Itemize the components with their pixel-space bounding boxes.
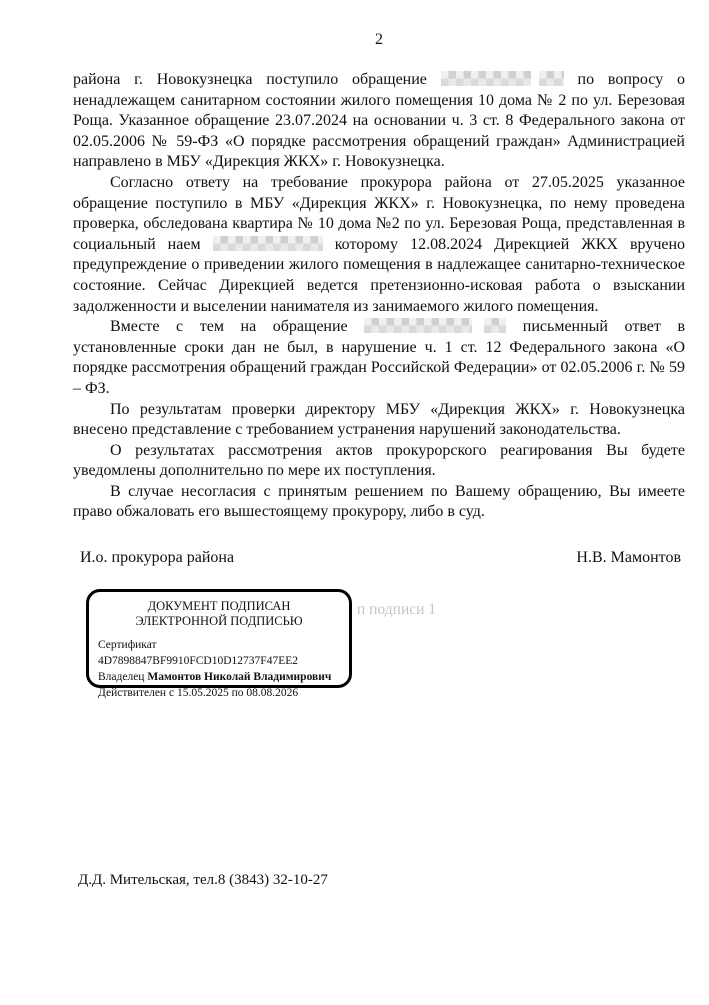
document-page: 2 района г. Новокузнецка поступило обращ… <box>0 0 709 1005</box>
paragraph-6: В случае несогласия с принятым решением … <box>73 482 685 523</box>
paragraph-5: О результатах рассмотрения актов прокуро… <box>73 441 685 482</box>
signature-row: И.о. прокурора района Н.В. Мамонтов <box>80 549 681 567</box>
stamp-title-line1: ДОКУМЕНТ ПОДПИСАН <box>89 599 349 614</box>
paragraph-3-text-before: Вместе с тем на обращение <box>110 318 348 335</box>
stamp-owner-name: Мамонтов Николай Владимирович <box>147 671 331 683</box>
paragraph-2: Согласно ответу на требование прокурора … <box>73 173 685 317</box>
redaction-block <box>441 71 531 86</box>
electronic-signature-stamp: ДОКУМЕНТ ПОДПИСАН ЭЛЕКТРОННОЙ ПОДПИСЬЮ С… <box>86 589 352 688</box>
stamp-details: Сертификат 4D7898847BF9910FCD10D12737F47… <box>89 637 349 701</box>
signature-field-watermark: п подписи 1 <box>357 601 436 619</box>
paragraph-3: Вместе с тем на обращение письменный отв… <box>73 317 685 399</box>
stamp-certificate: Сертификат 4D7898847BF9910FCD10D12737F47… <box>98 637 349 669</box>
executor-contact: Д.Д. Мительская, тел.8 (3843) 32-10-27 <box>78 872 328 889</box>
stamp-validity: Действителен с 15.05.2025 по 08.08.2026 <box>98 685 349 701</box>
stamp-title-line2: ЭЛЕКТРОННОЙ ПОДПИСЬЮ <box>89 614 349 629</box>
paragraph-1: района г. Новокузнецка поступило обращен… <box>73 70 685 173</box>
document-body: района г. Новокузнецка поступило обращен… <box>73 70 685 523</box>
paragraph-1-text-before: района г. Новокузнецка поступило обращен… <box>73 71 427 88</box>
redaction-block <box>364 318 472 333</box>
signer-name: Н.В. Мамонтов <box>576 549 681 567</box>
page-number: 2 <box>73 31 685 49</box>
stamp-owner-label: Владелец <box>98 671 144 683</box>
signer-title: И.о. прокурора района <box>80 549 234 567</box>
stamp-owner: Владелец Мамонтов Николай Владимирович <box>98 669 349 685</box>
redaction-block <box>484 318 506 333</box>
redaction-block <box>213 236 323 251</box>
paragraph-4: По результатам проверки директору МБУ «Д… <box>73 400 685 441</box>
redaction-block <box>539 71 564 86</box>
stamp-title: ДОКУМЕНТ ПОДПИСАН ЭЛЕКТРОННОЙ ПОДПИСЬЮ <box>89 599 349 629</box>
